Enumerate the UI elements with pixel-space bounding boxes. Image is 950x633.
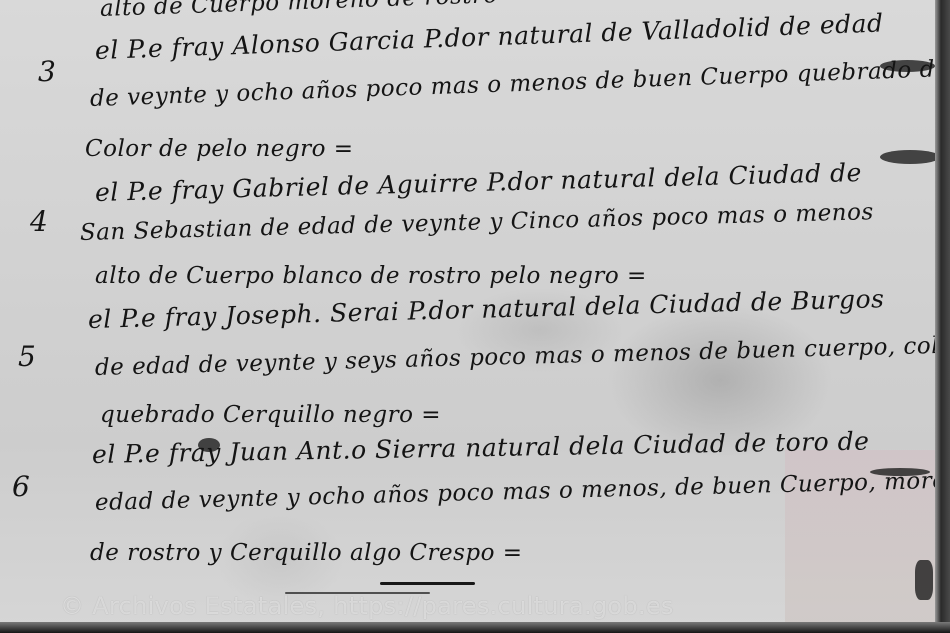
entry-number-6: 6 xyxy=(12,470,30,503)
manuscript-line: el P.e fray Joseph. Serai P.dor natural … xyxy=(88,284,885,334)
entry-number-4: 4 xyxy=(30,205,48,238)
manuscript-line: alto de Cuerpo moreno de rostro xyxy=(100,0,499,22)
manuscript-line: de veynte y ocho años poco mas o menos d… xyxy=(90,56,950,112)
manuscript-line: San Sebastian de edad de veynte y Cinco … xyxy=(80,199,874,246)
entry-number-5: 5 xyxy=(18,340,36,373)
closing-rule xyxy=(380,582,475,585)
manuscript-line: Color de pelo negro = xyxy=(85,136,354,162)
page-edge-right xyxy=(935,0,950,633)
manuscript-line: alto de Cuerpo blanco de rostro pelo neg… xyxy=(95,263,647,289)
page-edge-bottom xyxy=(0,622,950,633)
manuscript-page: 3 4 5 6 alto de Cuerpo moreno de rostro … xyxy=(0,0,950,633)
manuscript-line: de edad de veynte y seys años poco mas o… xyxy=(95,332,950,381)
entry-number-3: 3 xyxy=(38,55,56,88)
manuscript-line: el P.e fray Juan Ant.o Sierra natural de… xyxy=(92,426,870,469)
copyright-watermark: © Archivos Estatales, https://pares.cult… xyxy=(60,592,674,620)
manuscript-line: quebrado Cerquillo negro = xyxy=(100,402,441,428)
ink-flourish xyxy=(880,150,940,164)
ink-blot xyxy=(915,560,933,600)
manuscript-line: de rostro y Cerquillo algo Crespo = xyxy=(90,540,523,566)
manuscript-line: el P.e fray Gabriel de Aguirre P.dor nat… xyxy=(95,158,863,207)
